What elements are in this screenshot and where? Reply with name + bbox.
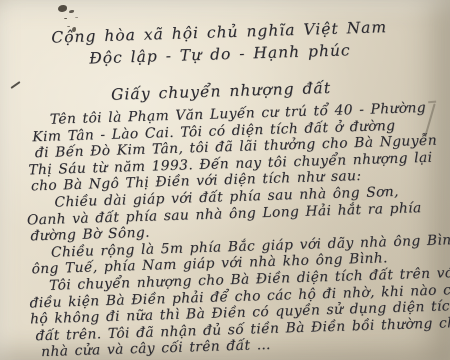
document-body: Tên tôi là Phạm Văn Luyến cư trú tổ 40 -… <box>32 99 450 360</box>
document-photo: Cộng hòa xã hội chủ nghĩa Việt Nam Độc l… <box>0 0 450 360</box>
national-header: Cộng hòa xã hội chủ nghĩa Việt Nam Độc l… <box>0 14 440 72</box>
handwriting-block: Cộng hòa xã hội chủ nghĩa Việt Nam Độc l… <box>0 0 449 360</box>
